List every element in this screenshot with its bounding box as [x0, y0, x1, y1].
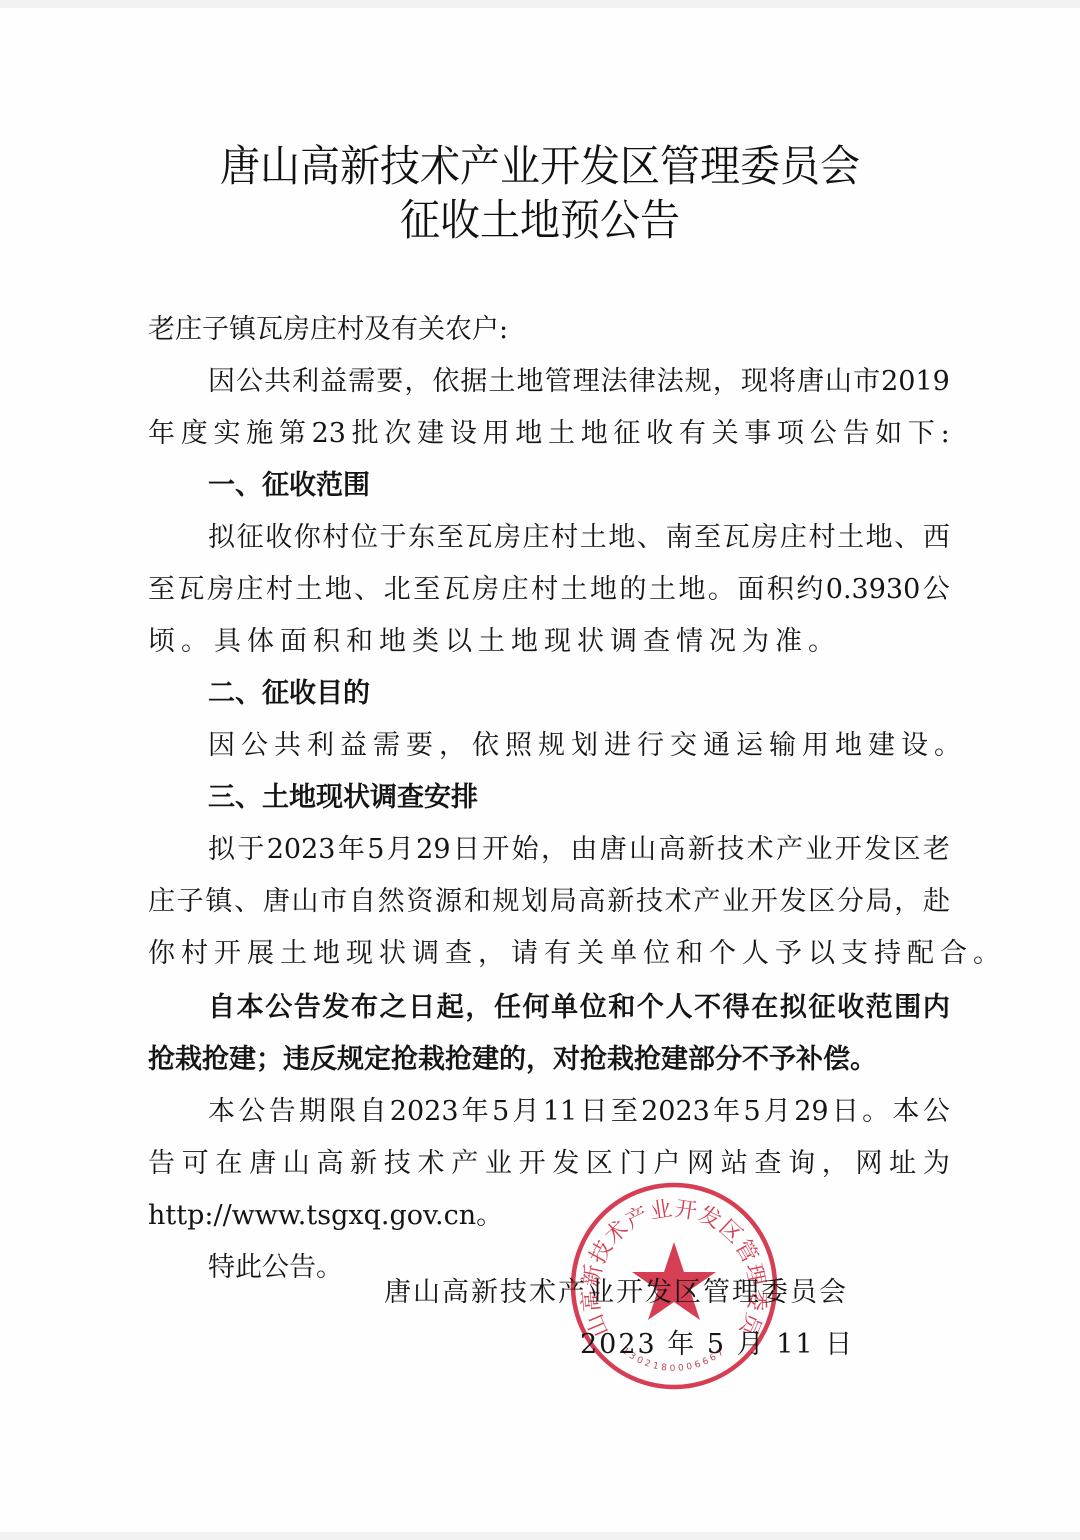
section-1-heading: 一、征收范围 — [208, 460, 950, 512]
section-3-line-1: 拟于2023年5月29日开始，由唐山高新技术产业开发区老 — [208, 824, 950, 876]
section-3-heading: 三、土地现状调查安排 — [208, 772, 950, 824]
section-2-line-1: 因公共利益需要，依照规划进行交通运输用地建设。 — [208, 720, 950, 772]
intro-line-1: 因公共利益需要，依据土地管理法律法规，现将唐山市2019 — [208, 356, 950, 408]
section-3-line-3: 你村开展土地现状调查，请有关单位和个人予以支持配合。 — [148, 928, 950, 980]
section-3-line-2: 庄子镇、唐山市自然资源和规划局高新技术产业开发区分局，赴 — [148, 876, 950, 928]
period-line-1: 本公告期限自2023年5月11日至2023年5月29日。本公 — [208, 1086, 950, 1138]
issue-date: 2023 年 5 月 11 日 — [580, 1322, 854, 1361]
document-title-line-2: 征收土地预公告 — [0, 196, 1080, 246]
document-page: 唐山高新技术产业开发区管理委员会 征收土地预公告 老庄子镇瓦房庄村及有关农户: … — [0, 8, 1080, 1532]
period-line-3-url: http://www.tsgxq.gov.cn。 — [148, 1190, 950, 1242]
section-1-line-2: 至瓦房庄村土地、北至瓦房庄村土地的土地。面积约0.3930公 — [148, 564, 950, 616]
intro-line-2: 年度实施第23批次建设用地土地征收有关事项公告如下: — [148, 408, 950, 460]
section-1-line-3: 顷。具体面积和地类以土地现状调查情况为准。 — [148, 616, 950, 668]
warning-line-2: 抢栽抢建；违反规定抢栽抢建的，对抢栽抢建部分不予补偿。 — [148, 1034, 950, 1086]
section-2-heading: 二、征收目的 — [208, 668, 950, 720]
warning-line-1: 自本公告发布之日起，任何单位和个人不得在拟征收范围内 — [208, 982, 950, 1034]
addressee-text: 老庄子镇瓦房庄村及有关农户: — [148, 304, 508, 356]
addressee: 老庄子镇瓦房庄村及有关农户: — [148, 304, 950, 356]
issuer-signature: 唐山高新技术产业开发区管理委员会 — [384, 1270, 848, 1309]
document-title-line-1: 唐山高新技术产业开发区管理委员会 — [0, 142, 1080, 192]
section-1-line-1: 拟征收你村位于东至瓦房庄村土地、南至瓦房庄村土地、西 — [208, 512, 950, 564]
period-line-2: 告可在唐山高新技术产业开发区门户网站查询，网址为 — [148, 1138, 950, 1190]
